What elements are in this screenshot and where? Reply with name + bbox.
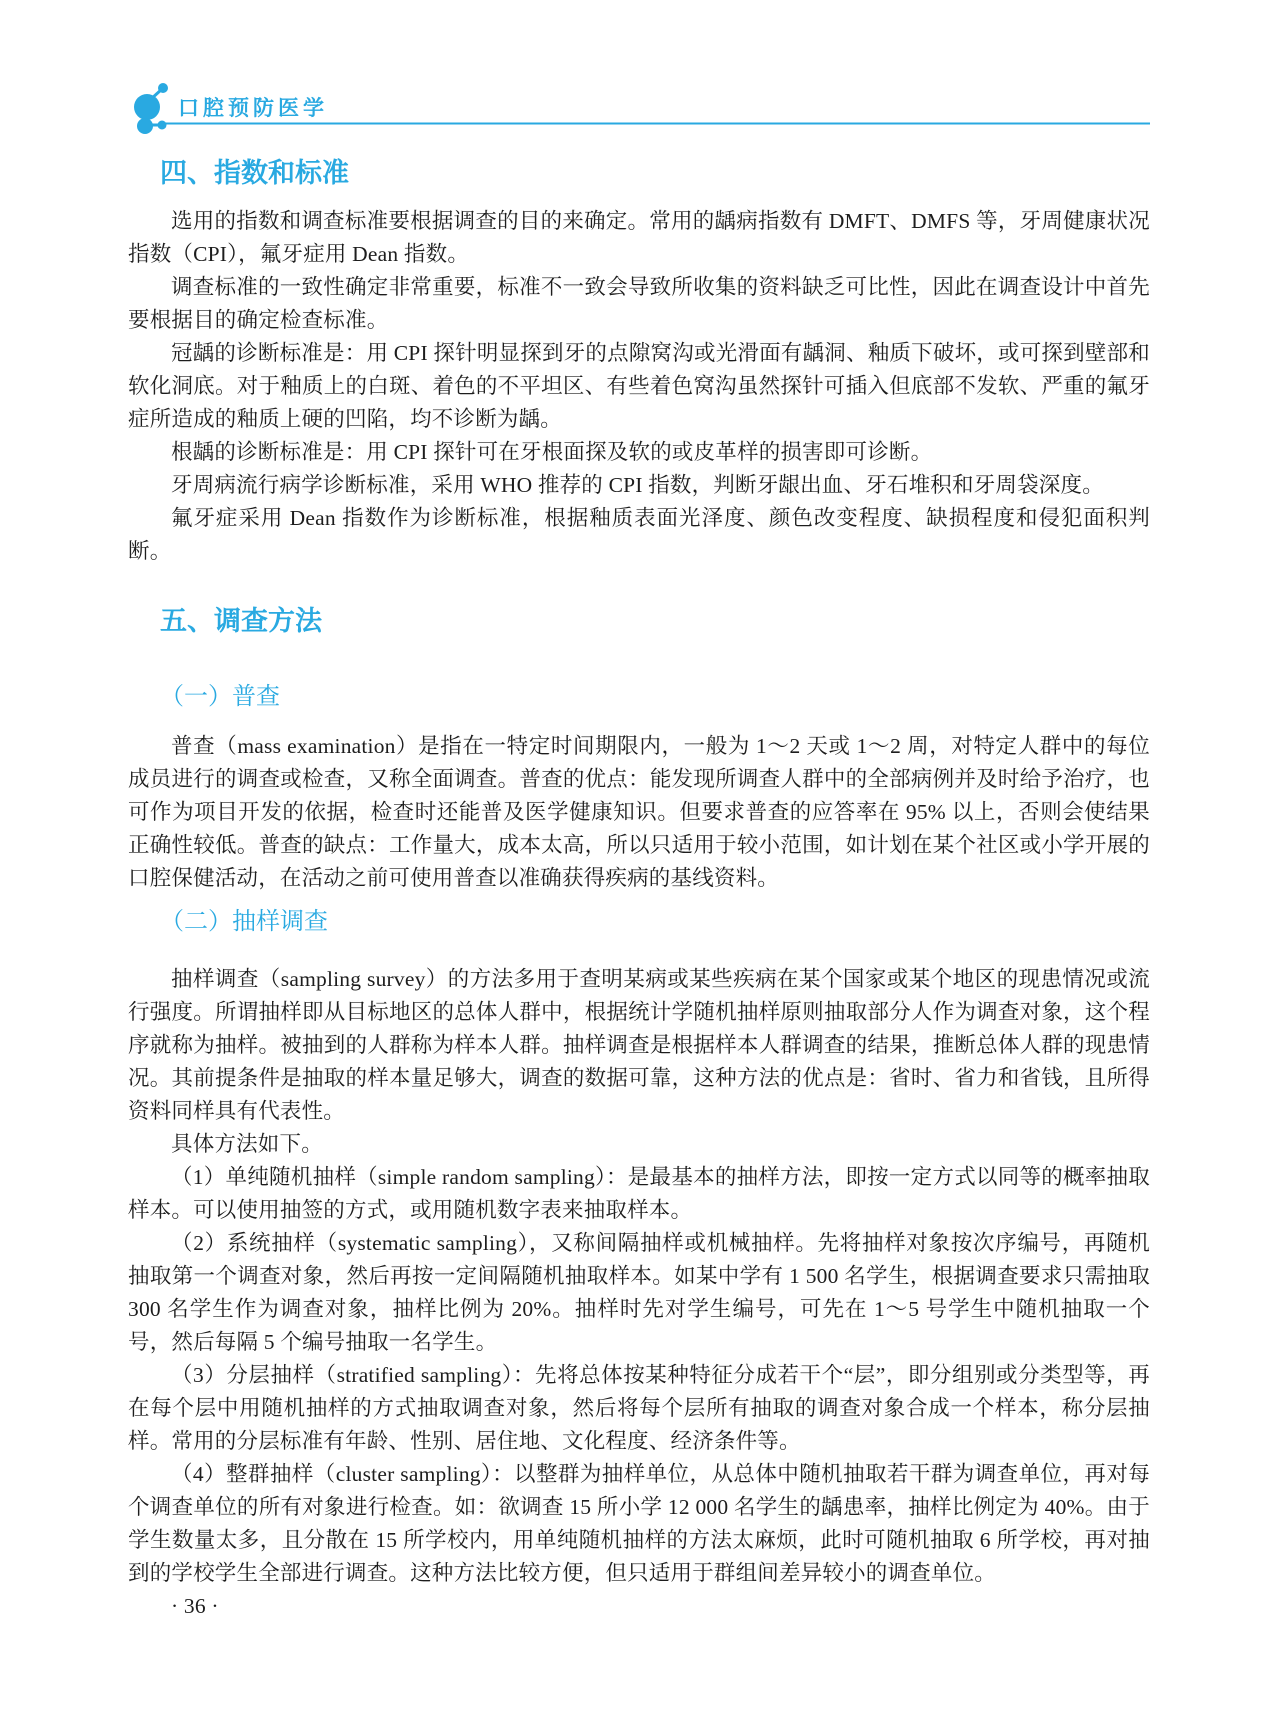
paragraph-mass-examination: 普查（mass examination）是指在一特定时间期限内，一般为 1～2 … xyxy=(128,730,1150,895)
paragraph-crown-caries-criteria: 冠龋的诊断标准是：用 CPI 探针明显探到牙的点隙窝沟或光滑面有龋洞、釉质下破坏… xyxy=(128,337,1150,436)
paragraph-stratified-sampling: （3）分层抽样（stratified sampling）：先将总体按某种特征分成… xyxy=(128,1359,1150,1458)
subsection-heading-mass-examination: （一）普查 xyxy=(160,682,1150,712)
page-content: 四、指数和标准 选用的指数和调查标准要根据调查的目的来确定。常用的龋病指数有 D… xyxy=(128,150,1150,1623)
paragraph-cluster-sampling: （4）整群抽样（cluster sampling）：以整群为抽样单位，从总体中随… xyxy=(128,1458,1150,1590)
page-header: 口腔预防医学 xyxy=(0,0,1275,150)
page-number: · 36 · xyxy=(128,1590,1150,1623)
textbook-page: 口腔预防医学 四、指数和标准 选用的指数和调查标准要根据调查的目的来确定。常用的… xyxy=(0,0,1275,1718)
paragraph-standard-consistency: 调查标准的一致性确定非常重要，标准不一致会导致所收集的资料缺乏可比性，因此在调查… xyxy=(128,271,1150,337)
section-heading-indices-standards: 四、指数和标准 xyxy=(160,156,1150,190)
book-title: 口腔预防医学 xyxy=(178,92,328,122)
paragraph-root-caries-criteria: 根龋的诊断标准是：用 CPI 探针可在牙根面探及软的或皮革样的损害即可诊断。 xyxy=(128,436,1150,469)
paragraph-periodontal-criteria: 牙周病流行病学诊断标准，采用 WHO 推荐的 CPI 指数，判断牙龈出血、牙石堆… xyxy=(128,469,1150,502)
subsection-heading-sampling-survey: （二）抽样调查 xyxy=(160,907,1150,937)
section-heading-survey-methods: 五、调查方法 xyxy=(160,604,1150,638)
paragraph-fluorosis-criteria: 氟牙症采用 Dean 指数作为诊断标准，根据釉质表面光泽度、颜色改变程度、缺损程… xyxy=(128,502,1150,568)
paragraph-methods-lead-in: 具体方法如下。 xyxy=(128,1128,1150,1161)
paragraph-simple-random-sampling: （1）单纯随机抽样（simple random sampling）：是最基本的抽… xyxy=(128,1161,1150,1227)
paragraph-systematic-sampling: （2）系统抽样（systematic sampling），又称间隔抽样或机械抽样… xyxy=(128,1227,1150,1359)
paragraph-indices-intro: 选用的指数和调查标准要根据调查的目的来确定。常用的龋病指数有 DMFT、DMFS… xyxy=(128,205,1150,271)
paragraph-sampling-survey-intro: 抽样调查（sampling survey）的方法多用于查明某病或某些疾病在某个国… xyxy=(128,963,1150,1128)
